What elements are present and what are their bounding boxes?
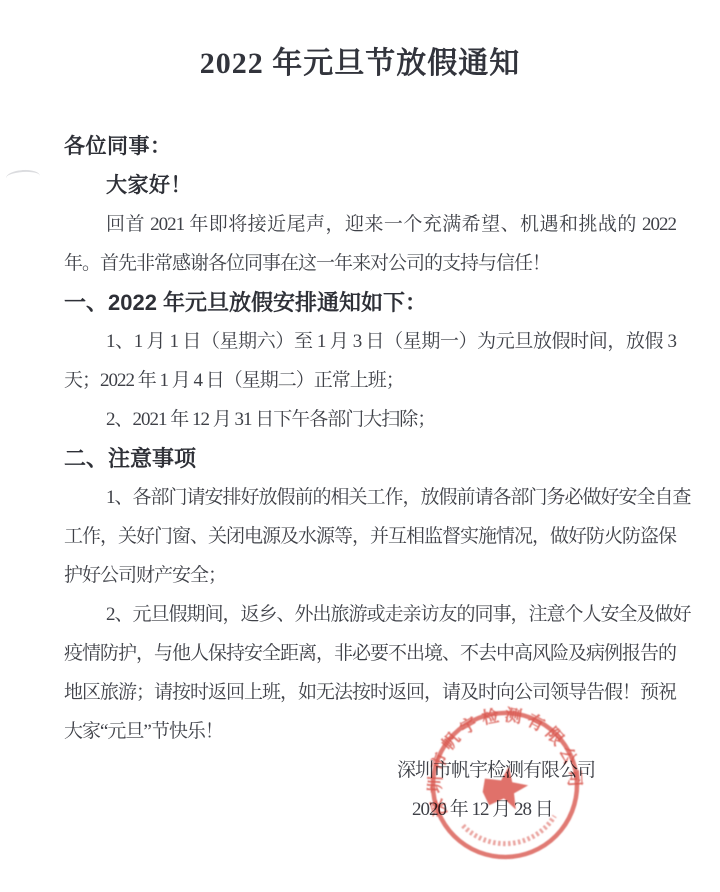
item-2-2-line-1: 2、元旦假期间，返乡、外出旅游或走亲访友的同事，注意个人安全及做好: [64, 595, 676, 634]
seal-arc-text: 深圳市帆宇检测有限公司: [417, 697, 587, 819]
company-seal: 深圳市帆宇检测有限公司: [417, 697, 593, 873]
item-2-1-line-1: 1、各部门请安排好放假前的相关工作，放假前请各部门务必做好安全自查: [64, 478, 676, 517]
item-1-2: 2、2021 年 12 月 31 日下午各部门大扫除；: [64, 400, 676, 439]
document-title: 2022 年元旦节放假通知: [0, 44, 720, 84]
item-1-1-line-1: 1、1 月 1 日（星期六）至 1 月 3 日（星期一）为元旦放假时间，放假 3: [64, 322, 676, 361]
section-2-heading: 二、注意事项: [64, 439, 676, 478]
item-2-2-line-2: 疫情防护，与他人保持安全距离，非必要不出境、不去中高风险及病例报告的: [64, 634, 676, 673]
closing-wish-line: 大家“元旦”节快乐！: [64, 712, 676, 751]
seal-microtext: [463, 816, 557, 848]
salutation: 各位同事：: [64, 127, 676, 166]
scan-artifact: [6, 169, 41, 185]
item-2-2-line-3: 地区旅游；请按时返回上班，如无法按时返回，请及时向公司领导告假！预祝: [64, 673, 676, 712]
greeting-line: 大家好！: [64, 166, 676, 205]
intro-line-2: 年。首先非常感谢各位同事在这一年来对公司的支持与信任！: [64, 244, 676, 283]
intro-line-1: 回首 2021 年即将接近尾声，迎来一个充满希望、机遇和挑战的 2022: [64, 205, 676, 244]
item-2-1-line-3: 护好公司财产安全；: [64, 556, 676, 595]
document-body: 各位同事： 大家好！ 回首 2021 年即将接近尾声，迎来一个充满希望、机遇和挑…: [64, 127, 676, 829]
item-2-1-line-2: 工作，关好门窗、关闭电源及水源等，并互相监督实施情况，做好防火防盗保: [64, 517, 676, 556]
scanned-notice-page: 2022 年元旦节放假通知 各位同事： 大家好！ 回首 2021 年即将接近尾声…: [0, 0, 720, 892]
seal-star-icon: [480, 764, 530, 812]
item-1-1-line-2: 天；2022 年 1 月 4 日（星期二）正常上班；: [64, 361, 676, 400]
section-1-heading: 一、2022 年元旦放假安排通知如下：: [64, 283, 676, 322]
